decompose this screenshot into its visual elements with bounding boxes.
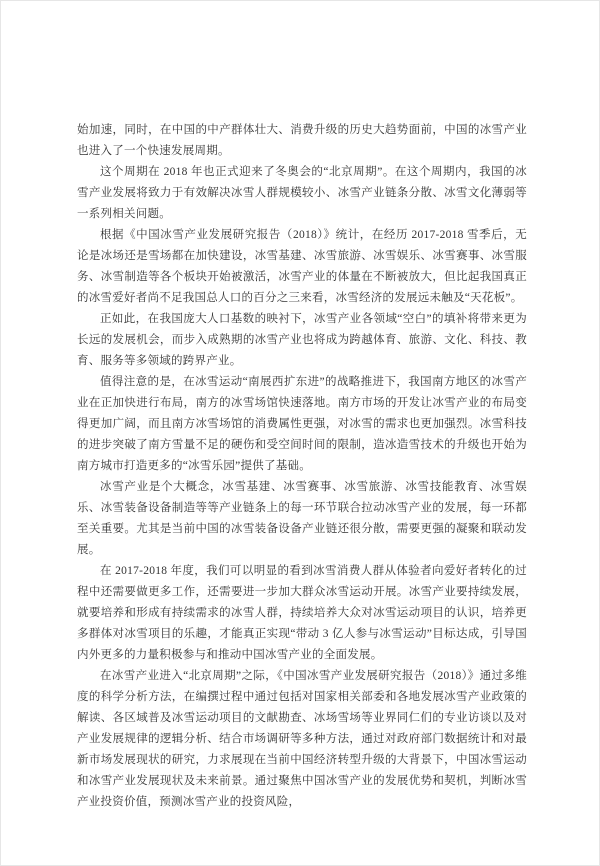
- paragraph: 值得注意的是，在冰雪运动“南展西扩东进”的战略推进下，我国南方地区的冰雪产业在正…: [77, 372, 527, 477]
- text-block: 始加速，同时，在中国的中产群体壮大、消费升级的历史大趋势面前，中国的冰雪产业也进…: [77, 120, 527, 813]
- paragraph: 在冰雪产业进入“北京周期”之际，《中国冰雪产业发展研究报告（2018）》通过多维…: [77, 666, 527, 813]
- paragraph: 在 2017-2018 年度，我们可以明显的看到冰雪消费人群从体验者向爱好者转化…: [77, 561, 527, 666]
- document-page: 始加速，同时，在中国的中产群体壮大、消费升级的历史大趋势面前，中国的冰雪产业也进…: [0, 0, 600, 866]
- paragraph: 冰雪产业是个大概念，冰雪基建、冰雪赛事、冰雪旅游、冰雪技能教育、冰雪娱乐、冰雪装…: [77, 477, 527, 561]
- paragraph: 根据《中国冰雪产业发展研究报告（2018）》统计，在经历 2017-2018 雪…: [77, 225, 527, 309]
- paragraph: 这个周期在 2018 年也正式迎来了冬奥会的“北京周期”。在这个周期内，我国的冰…: [77, 162, 527, 225]
- paragraph: 始加速，同时，在中国的中产群体壮大、消费升级的历史大趋势面前，中国的冰雪产业也进…: [77, 120, 527, 162]
- paragraph: 正如此，在我国庞大人口基数的映衬下，冰雪产业各领域“空白”的填补将带来更为长远的…: [77, 309, 527, 372]
